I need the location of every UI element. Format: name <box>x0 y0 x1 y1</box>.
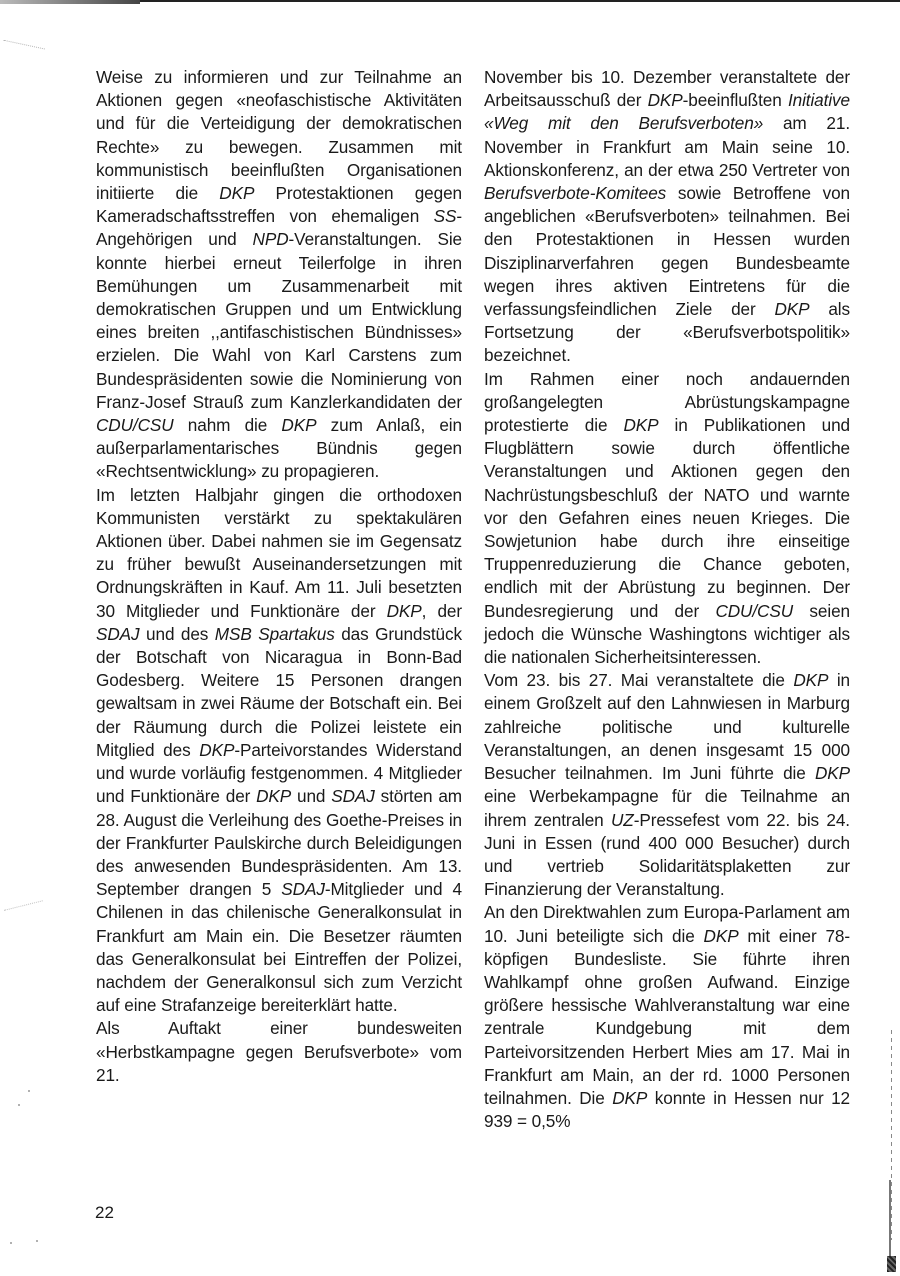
italic-term: CDU/CSU <box>715 601 793 621</box>
italic-term: SDAJ <box>281 879 325 899</box>
scan-artifact-left-top <box>1 40 45 61</box>
paragraph: Im letzten Halbjahr gingen die orthodoxe… <box>96 484 462 1018</box>
scan-artifact-dot <box>10 1242 12 1244</box>
scan-artifact-corner-block <box>887 1256 896 1272</box>
paragraph: November bis 10. Dezember veranstaltete … <box>484 66 850 368</box>
italic-term: DKP <box>219 183 254 203</box>
italic-term: NPD <box>253 229 289 249</box>
scan-artifact-dot <box>36 1240 38 1242</box>
italic-term: DKP <box>648 90 683 110</box>
scan-artifact-right-edge <box>891 1030 892 1240</box>
italic-term: DKP <box>612 1088 647 1108</box>
italic-term: DKP <box>387 601 422 621</box>
italic-term: DKP <box>256 786 291 806</box>
paragraph: An den Direktwahlen zum Europa-Parlament… <box>484 901 850 1133</box>
italic-term: DKP <box>281 415 316 435</box>
italic-term: CDU/CSU <box>96 415 174 435</box>
paragraph: Vom 23. bis 27. Mai veranstaltete die DK… <box>484 669 850 901</box>
paragraph: Weise zu informieren und zur Teilnahme a… <box>96 66 462 484</box>
page-number: 22 <box>95 1203 114 1223</box>
italic-term: Berufsverbote-Komitees <box>484 183 666 203</box>
italic-term: SDAJ <box>96 624 140 644</box>
italic-term: DKP <box>704 926 739 946</box>
scan-artifact-right-edge-solid <box>889 1180 891 1260</box>
text-column-left: Weise zu informieren und zur Teilnahme a… <box>96 66 462 1087</box>
paragraph: Als Auftakt einer bundesweiten «Herbstka… <box>96 1017 462 1087</box>
paragraph: Im Rahmen einer noch andauernden großang… <box>484 368 850 670</box>
italic-term: DKP <box>774 299 809 319</box>
scan-artifact-dot <box>28 1090 30 1092</box>
text-column-right: November bis 10. Dezember veranstaltete … <box>484 66 850 1133</box>
italic-term: DKP <box>199 740 234 760</box>
scan-artifact-dot <box>18 1104 20 1106</box>
italic-term: DKP <box>623 415 658 435</box>
italic-term: DKP <box>815 763 850 783</box>
scan-artifact-left-middle <box>4 900 45 916</box>
italic-term: SDAJ <box>331 786 375 806</box>
italic-term: MSB Spartakus <box>215 624 335 644</box>
scan-artifact-top <box>0 0 140 4</box>
italic-term: SS <box>434 206 457 226</box>
italic-term: UZ <box>611 810 634 830</box>
italic-term: DKP <box>793 670 828 690</box>
